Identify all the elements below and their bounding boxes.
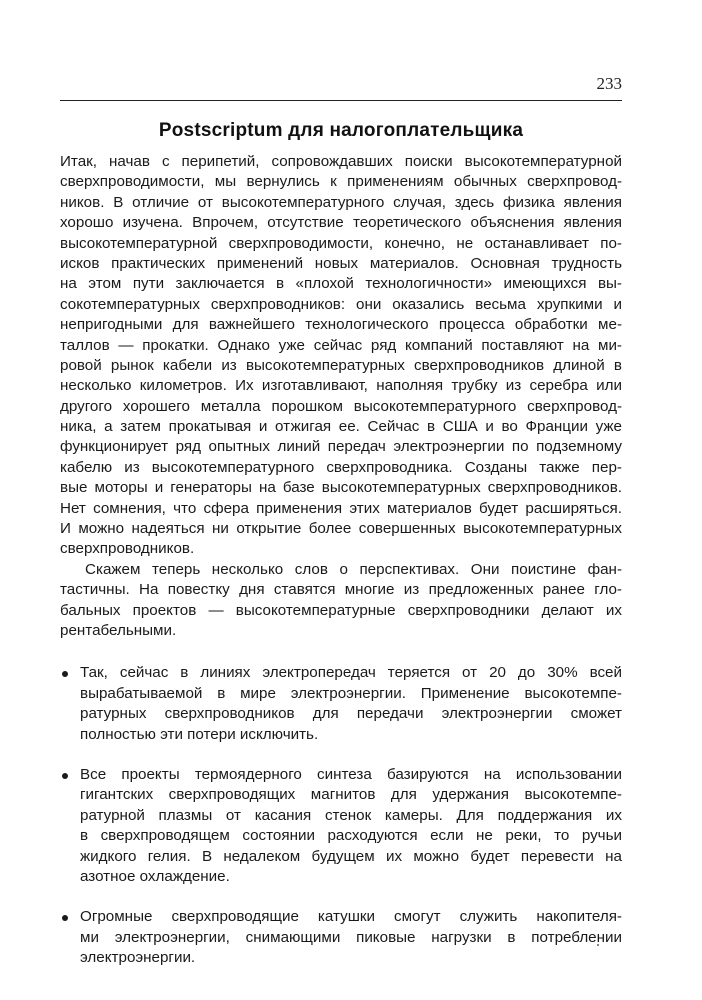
bullet-item-2: Все проекты термоядерного синтеза базиру… [60,765,622,887]
text-line: электроэнергии. [80,948,622,968]
text-line: непригодными для важнейшего технологичес… [60,315,622,335]
paragraph-1: Итак, начав с перипетий, сопровождавших … [60,152,622,560]
text-line: гигантских сверхпроводящих магнитов для … [80,785,622,805]
text-line: Все проекты термоядерного синтеза базиру… [80,765,622,785]
text-line: сверхпроводников. [60,539,622,559]
text-line: Огромные сверхпроводящие катушки смогут … [80,907,622,927]
text-line: Нет сомнения, что сфера применения этих … [60,499,622,519]
text-line: тастичны. На повестку дня ставятся многи… [60,580,622,600]
text-line: ника, а затем прокатывая и отжигая ее. С… [60,417,622,437]
text-line: бальных проектов — высокотемпературные с… [60,601,622,621]
text-line: И можно надеяться ни открытие более сове… [60,519,622,539]
text-line: ми электроэнергии, снимающими пиковые на… [80,928,622,948]
bullet-item-1: Так, сейчас в линиях электропередач теря… [60,663,622,745]
book-page: 233 Postscriptum для налогоплательщика И… [0,0,702,1000]
text-line: исков практических применений новых мате… [60,254,622,274]
text-line: жидкого гелия. В недалеком будущем их мо… [80,847,622,867]
text-line: функционирует ряд опытных линий передач … [60,437,622,457]
text-line: вырабатываемой в мире электроэнергии. Пр… [80,684,622,704]
paragraph-2: Скажем теперь несколько слов о перспекти… [60,560,622,642]
text-line: кабелю из высокотемпературного сверхпров… [60,458,622,478]
text-line: вые моторы и генераторы на базе высокоте… [60,478,622,498]
scan-speck [597,944,599,946]
text-line: ратурной плазмы от касания стенок камеры… [80,806,622,826]
running-head: 233 [60,74,622,101]
text-line: таллов — прокатки. Однако уже сейчас ряд… [60,336,622,356]
text-line: азотное охлаждение. [80,867,622,887]
text-line: сокотемпературных сверхпроводников: они … [60,295,622,315]
text-line: несколько километров. Их изготавливают, … [60,376,622,396]
text-line: другого хорошего металла порошком высоко… [60,397,622,417]
text-line: ратурных сверхпроводников для передачи э… [80,704,622,724]
bullet-list: Так, сейчас в линиях электропередач теря… [60,663,622,968]
text-line: ровой рынок кабели из высокотемпературны… [60,356,622,376]
text-line: Так, сейчас в линиях электропередач теря… [80,663,622,683]
bullet-icon [62,915,68,921]
section-title: Postscriptum для налогоплательщика [60,118,622,144]
text-line: высокотемпературной сверхпроводимости, к… [60,234,622,254]
text-line: сверхпроводимости, мы вернулись к примен… [60,172,622,192]
body-text: Итак, начав с перипетий, сопровождавших … [60,152,622,988]
text-line: в сверхпроводящем состоянии расходуются … [80,826,622,846]
text-line: хорошо изучена. Впрочем, отсутствие теор… [60,213,622,233]
text-line: ников. В отличие от высокотемпературного… [60,193,622,213]
bullet-item-3: Огромные сверхпроводящие катушки смогут … [60,907,622,968]
bullet-icon [62,671,68,677]
text-line: Итак, начав с перипетий, сопровождавших … [60,152,622,172]
text-line: Скажем теперь несколько слов о перспекти… [60,560,622,580]
text-line: на этом пути заключается в «плохой техно… [60,274,622,294]
text-line: рентабельными. [60,621,622,641]
page-number: 233 [597,74,623,94]
bullet-icon [62,773,68,779]
text-line: полностью эти потери исключить. [80,725,622,745]
